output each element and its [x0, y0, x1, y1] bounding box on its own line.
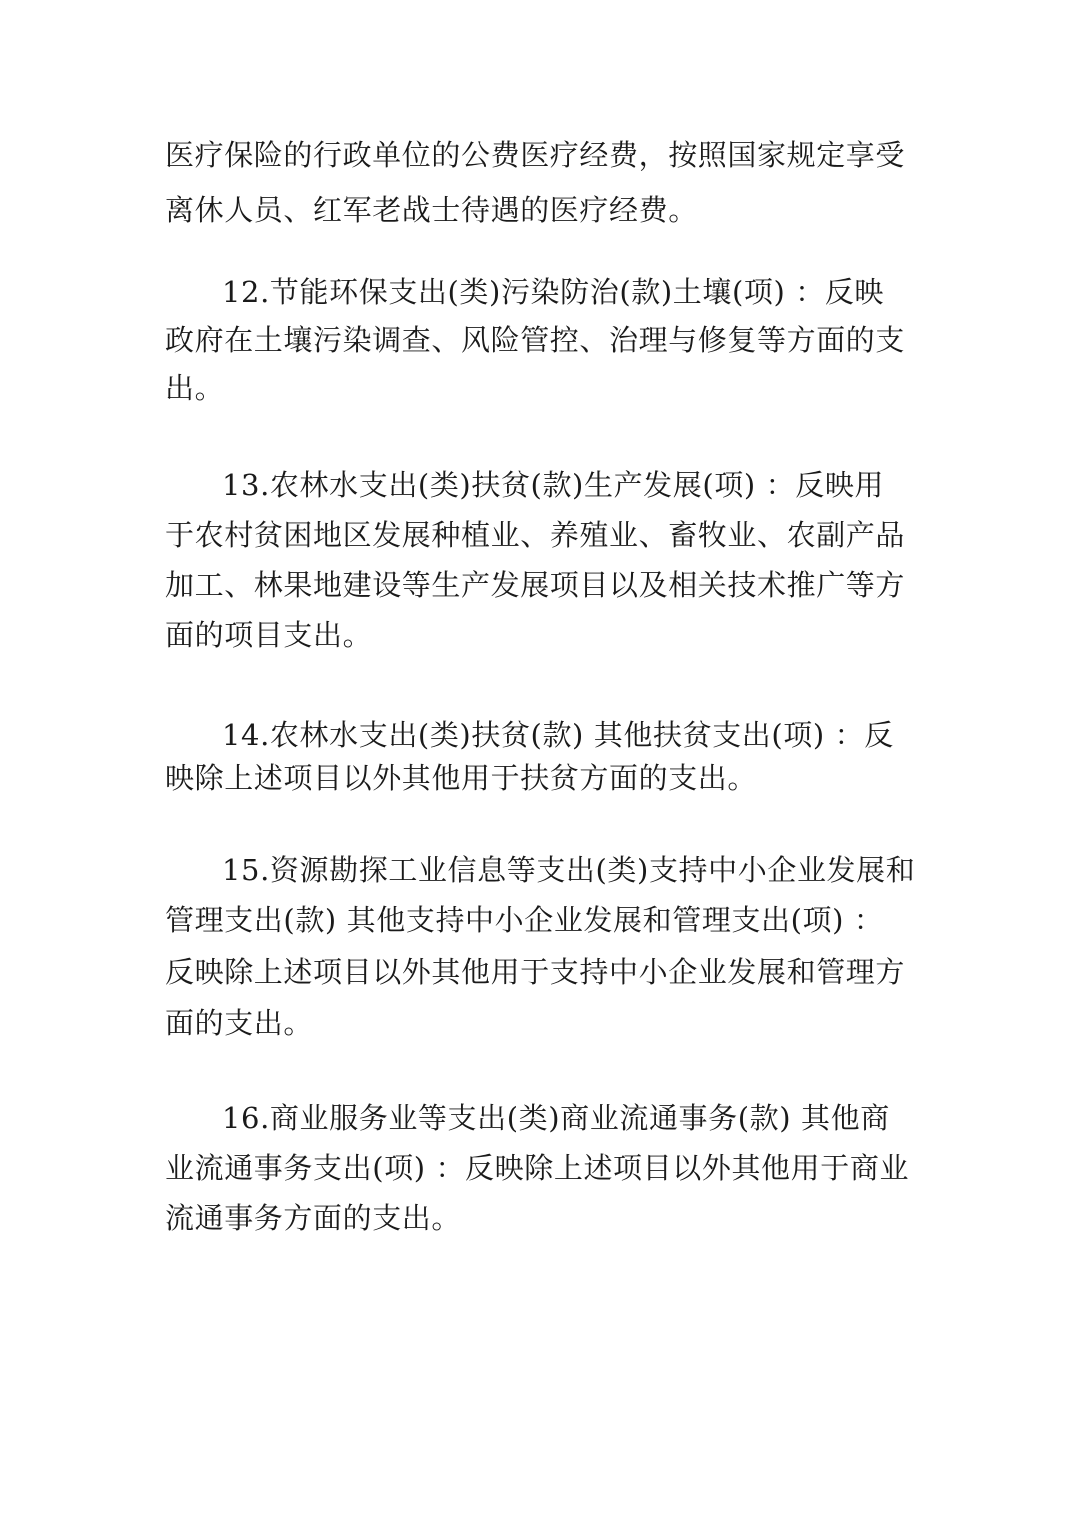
paragraph-line: 业流通事务支出(项) ：反映除上述项目以外其他用于商业	[165, 1150, 925, 1186]
paragraph-line: 面的支出。	[165, 1005, 925, 1041]
paragraph-line: 离休人员、红军老战士待遇的医疗经费。	[165, 192, 925, 228]
paragraph-line: 于农村贫困地区发展种植业、养殖业、畜牧业、农副产品	[165, 517, 925, 553]
paragraph-line: 映除上述项目以外其他用于扶贫方面的支出。	[165, 760, 925, 796]
paragraph-line: 出。	[165, 370, 925, 406]
paragraph-line: 管理支出(款) 其他支持中小企业发展和管理支出(项) ：	[165, 902, 925, 938]
paragraph-line: 加工、林果地建设等生产发展项目以及相关技术推广等方	[165, 567, 925, 603]
paragraph-heading-line: 15.资源勘探工业信息等支出(类)支持中小企业发展和	[222, 852, 982, 888]
document-page: 医疗保险的行政单位的公费医疗经费，按照国家规定享受 离休人员、红军老战士待遇的医…	[0, 0, 1075, 1521]
paragraph-line: 政府在土壤污染调查、风险管控、治理与修复等方面的支	[165, 322, 925, 358]
paragraph-heading-line: 14.农林水支出(类)扶贫(款) 其他扶贫支出(项) ：反	[222, 717, 982, 753]
paragraph-line: 面的项目支出。	[165, 617, 925, 653]
paragraph-line: 医疗保险的行政单位的公费医疗经费，按照国家规定享受	[165, 137, 925, 173]
paragraph-heading-line: 12.节能环保支出(类)污染防治(款)土壤(项) ：反映	[222, 274, 982, 310]
paragraph-heading-line: 13.农林水支出(类)扶贫(款)生产发展(项) ：反映用	[222, 467, 982, 503]
paragraph-line: 反映除上述项目以外其他用于支持中小企业发展和管理方	[165, 954, 925, 990]
paragraph-heading-line: 16.商业服务业等支出(类)商业流通事务(款) 其他商	[222, 1100, 982, 1136]
paragraph-line: 流通事务方面的支出。	[165, 1200, 925, 1236]
